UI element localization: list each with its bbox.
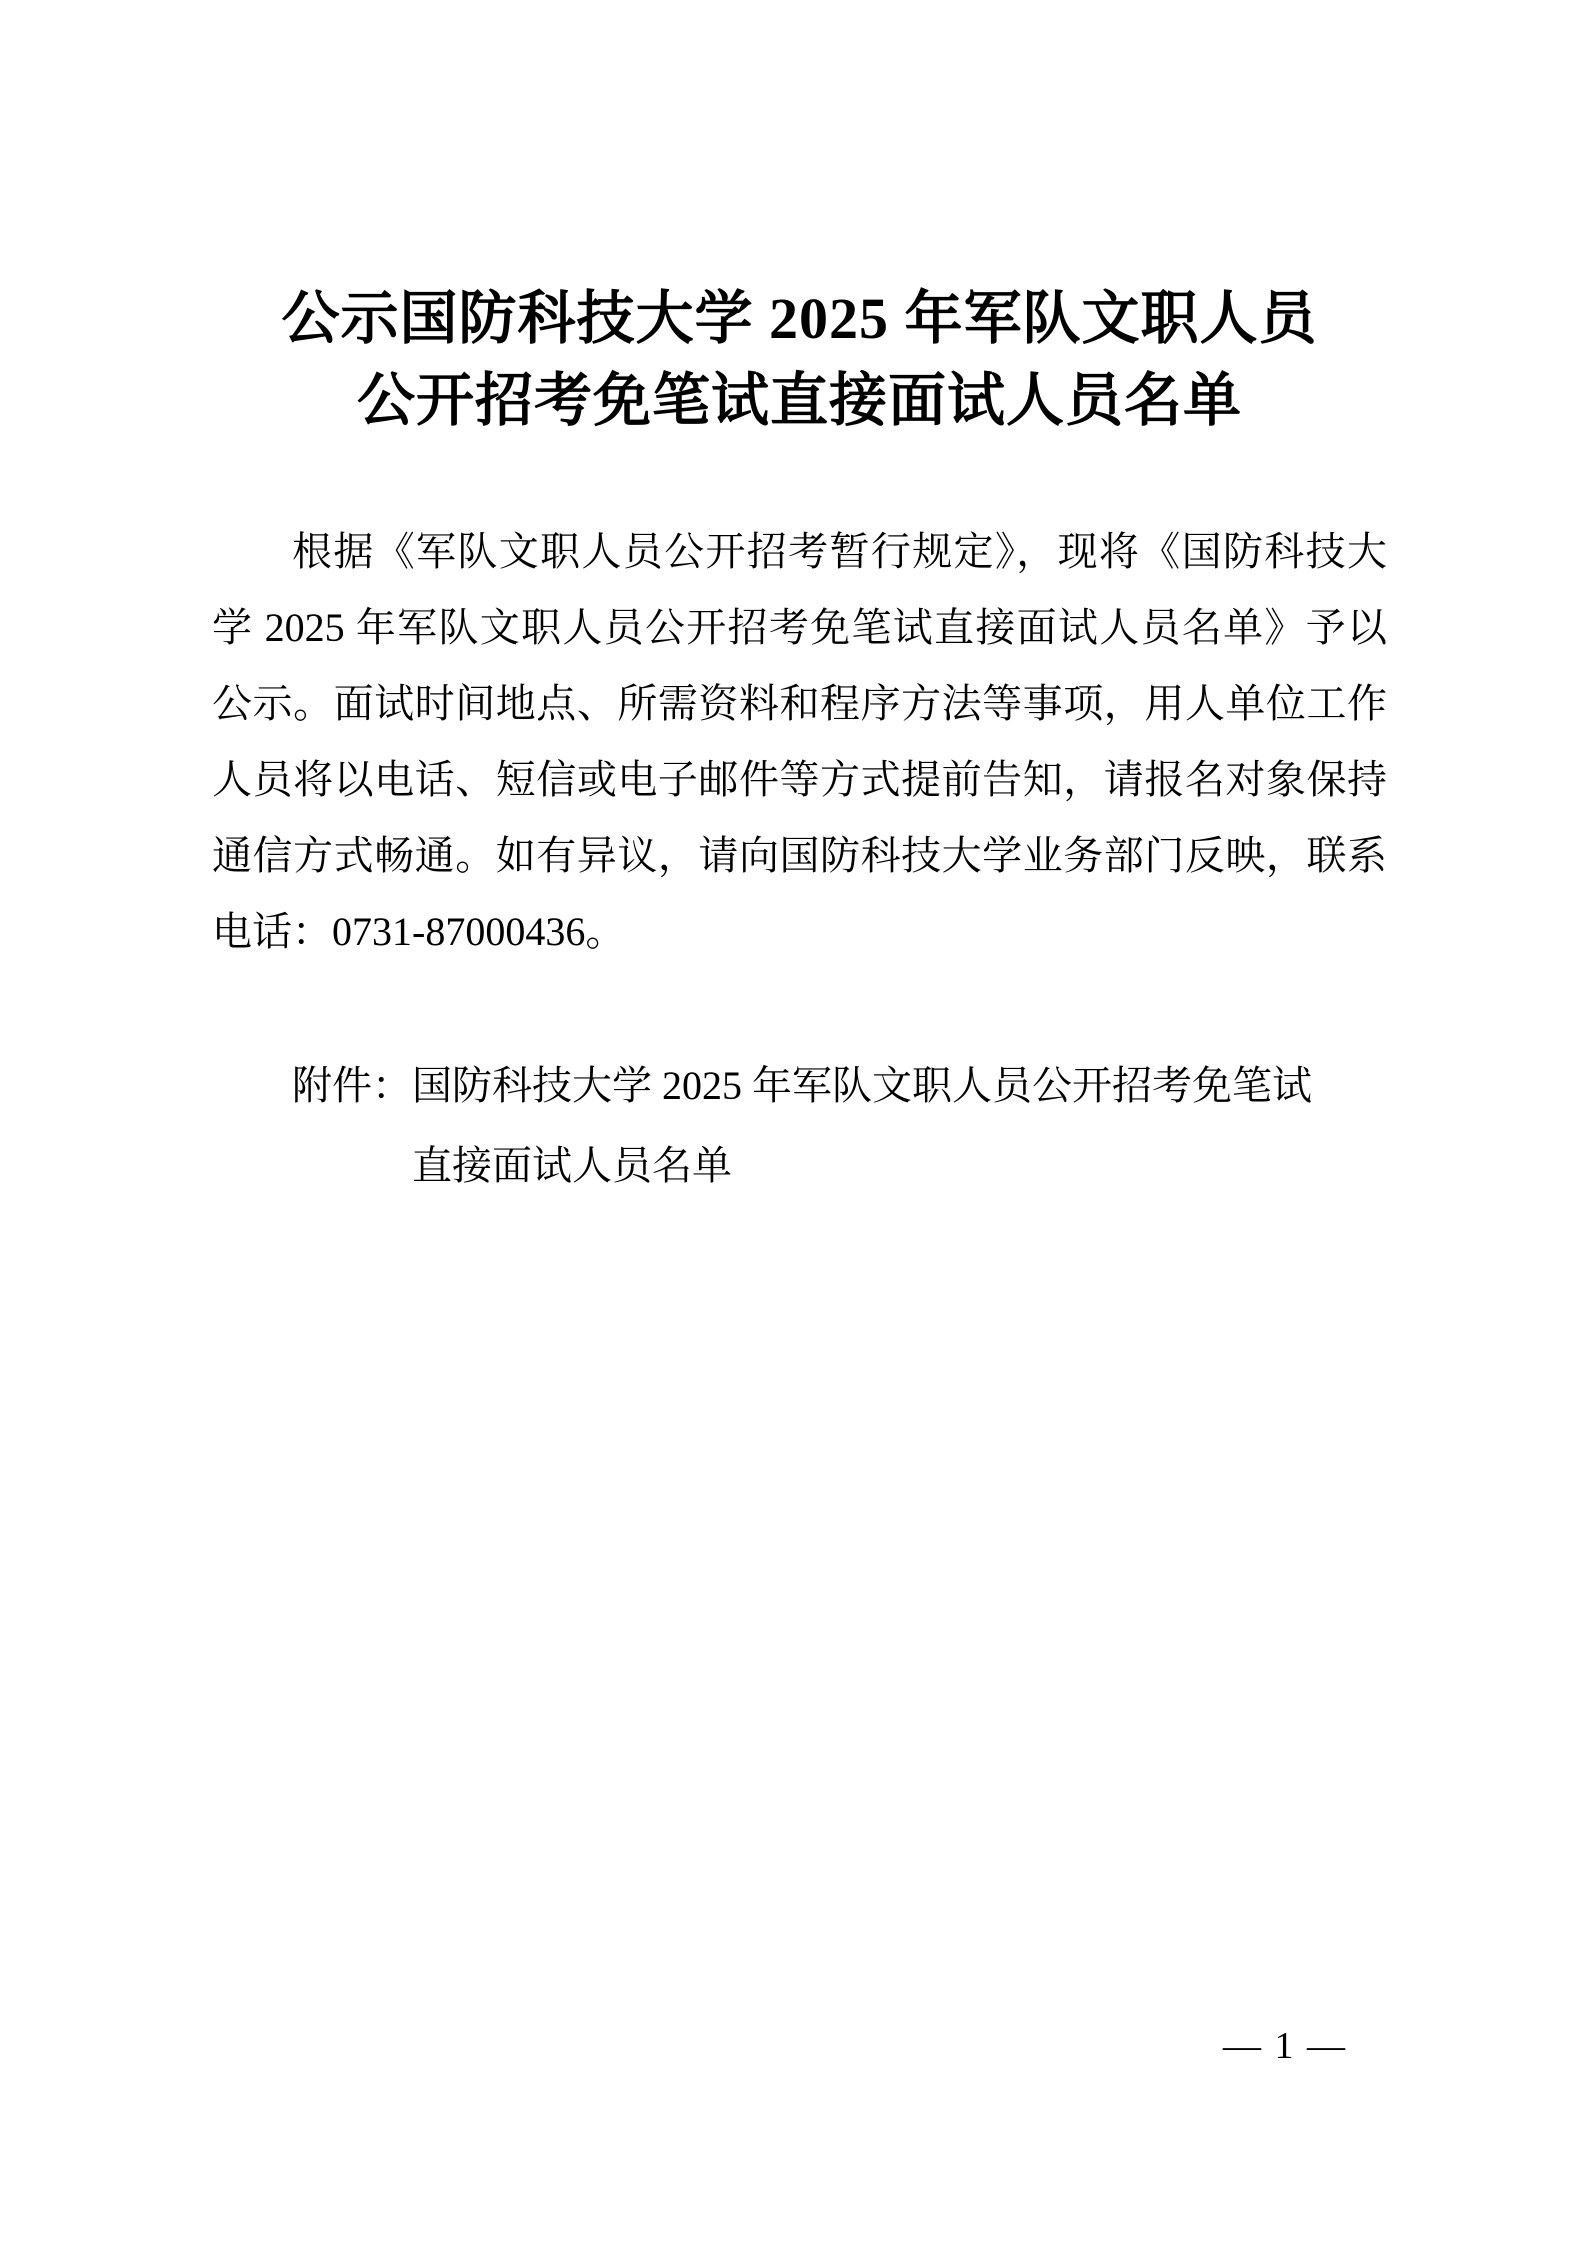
page-number: — 1 — [1223,2022,1347,2070]
body-line-6-phone: 电话：0731-87000436。 [212,894,1387,970]
title-line-2: 公开招考免笔试直接面试人员名单 [212,360,1387,442]
body-line-3: 公示。面试时间地点、所需资料和程序方法等事项，用人单位工作 [212,666,1387,742]
body-line-4: 人员将以电话、短信或电子邮件等方式提前告知，请报名对象保持 [212,742,1387,818]
title-line-1: 公示国防科技大学 2025 年军队文职人员 [212,278,1387,360]
attachment-title-part-2: 直接面试人员名单 [412,1126,1387,1206]
document-page: 公示国防科技大学 2025 年军队文职人员 公开招考免笔试直接面试人员名单 根据… [0,0,1587,2245]
attachment-label: 附件： [292,1063,412,1108]
body-paragraph: 根据《军队文职人员公开招考暂行规定》，现将《国防科技大 学 2025 年军队文职… [212,514,1387,970]
attachment-title-part-1: 国防科技大学 2025 年军队文职人员公开招考免笔试 [412,1063,1312,1108]
body-line-1: 根据《军队文职人员公开招考暂行规定》，现将《国防科技大 [212,514,1387,590]
attachment-line-1: 附件：国防科技大学 2025 年军队文职人员公开招考免笔试 [292,1046,1387,1126]
document-title: 公示国防科技大学 2025 年军队文职人员 公开招考免笔试直接面试人员名单 [212,278,1387,442]
body-line-2: 学 2025 年军队文职人员公开招考免笔试直接面试人员名单》予以 [212,590,1387,666]
attachment-note: 附件：国防科技大学 2025 年军队文职人员公开招考免笔试 直接面试人员名单 [212,1046,1387,1206]
body-line-5: 通信方式畅通。如有异议，请向国防科技大学业务部门反映，联系 [212,818,1387,894]
